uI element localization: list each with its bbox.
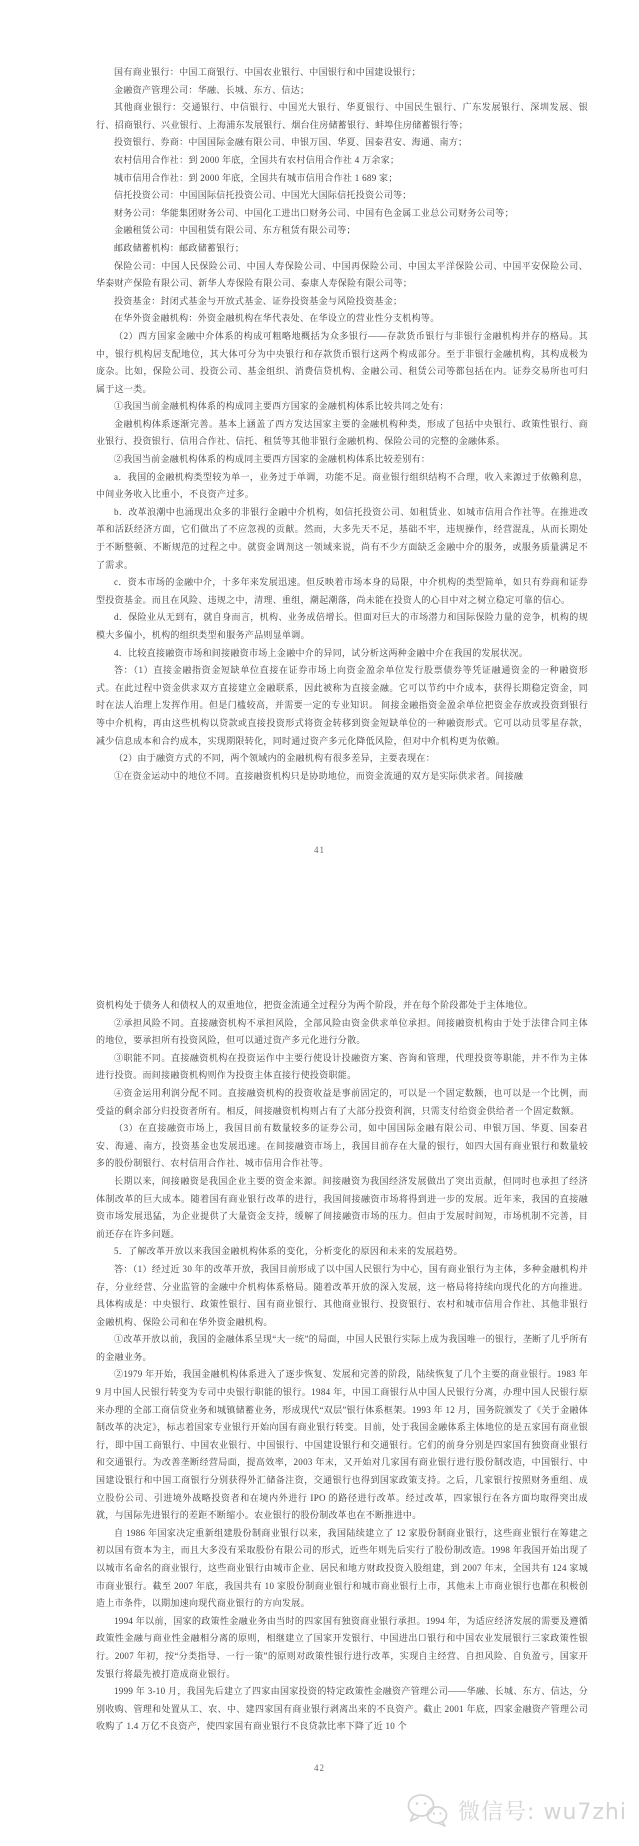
paragraph: 邮政储蓄机构：邮政储蓄银行； xyxy=(96,240,588,258)
paragraph: 答：（1）经过近 30 年的改革开放，我国目前形成了以中国人民银行为中心，国有商… xyxy=(96,1261,588,1331)
paragraph: 5．了解改革开放以来我国金融机构体系的变化，分析变化的原因和未来的发展趋势。 xyxy=(96,1243,588,1261)
paragraph: 财务公司：华能集团财务公司、中国化工进出口财务公司、中国有色金属工业总公司财务公… xyxy=(96,205,588,223)
paragraph: （2）西方国家金融中介体系的构成可粗略地概括为众多银行——存款货币银行与非银行金… xyxy=(96,328,588,398)
paragraph: 金融租赁公司：中国租赁有限公司、东方租赁有限公司等； xyxy=(96,222,588,240)
paragraph: 1994 年以前，国家的政策性金融业务由当时的四家国有独资商业银行承担。1994… xyxy=(96,1613,588,1683)
paragraph: 保险公司：中国人民保险公司、中国人寿保险公司、中国再保险公司、中国太平洋保险公司… xyxy=(96,258,588,293)
paragraph: 投资基金：封闭式基金与开放式基金、证券投资基金与风险投资基金； xyxy=(96,293,588,311)
paragraph: ①我国当前金融机构体系的构成同主要西方国家的金融机构体系比较共同之处有： xyxy=(96,398,588,416)
paragraph: 资机构处于债务人和债权人的双重地位，把资金流通全过程分为两个阶段，并在每个阶段都… xyxy=(96,997,588,1015)
paragraph: a．我国的金融机构类型较为单一，业务过于单调，功能不足。商业银行组织结构不合理，… xyxy=(96,469,588,504)
wechat-watermark: 微信号: wu7zhi xyxy=(405,1792,627,1828)
paragraph: ③职能不同。直接融资机构在投资运作中主要行使设计投融资方案、咨询和管理，代理投资… xyxy=(96,1050,588,1085)
paragraph: 城市信用合作社：到 2000 年底，全国共有城市信用合作社 1 689 家； xyxy=(96,170,588,188)
paragraph: 信托投资公司：中国国际信托投资公司、中国光大国际信托投资公司等； xyxy=(96,187,588,205)
paragraph: （2）由于融资方式的不同，两个领域内的金融机构有很多差异，主要表现在： xyxy=(96,750,588,768)
paragraph: 自 1986 年国家决定重新组建股份制商业银行以来，我国陆续建立了 12 家股份… xyxy=(96,1525,588,1613)
paragraph: c．资本市场的金融中介，十多年来发展迅速。但反映着市场本身的局限，中介机构的类型… xyxy=(96,574,588,609)
paragraph: ②1979 年开始，我国金融机构体系进入了逐步恢复、发展和完善的阶段，陆续恢复了… xyxy=(96,1366,588,1524)
paragraph: ①在资金运动中的地位不同。直接融资机构只是协助地位，而资金流通的双方是实际供求者… xyxy=(96,768,588,786)
paragraph: ①改革开放以前，我国的金融体系呈现“大一统”的局面，中国人民银行实际上成为我国唯… xyxy=(96,1331,588,1366)
wechat-icon xyxy=(405,1792,449,1828)
paragraph: 答：（1）直接金融指资金短缺单位直接在证券市场上向资金盈余单位发行股票债券等凭证… xyxy=(96,662,588,750)
paragraph: 金融机构体系逐渐完善。基本上涵盖了西方发达国家主要的金融机构种类，形成了包括中央… xyxy=(96,416,588,451)
page-number-41: 41 xyxy=(0,845,639,855)
wechat-id-label: 微信号: wu7zhi xyxy=(458,1795,627,1826)
document-scan: 国有商业银行：中国工商银行、中国农业银行、中国银行和中国建设银行；金融资产管理公… xyxy=(0,0,639,1846)
paragraph: 在华外资金融机构：外资金融机构在华代表处、在华设立的营业性分支机构等。 xyxy=(96,310,588,328)
paragraph: 1999 年 3-10 月，我国先后建立了四家由国家投资的特定政策性金融资产管理… xyxy=(96,1683,588,1736)
paragraph: 金融资产管理公司：华融、长城、东方、信达； xyxy=(96,82,588,100)
paragraph: 农村信用合作社：到 2000 年底，全国共有农村信用合作社 4 万余家； xyxy=(96,152,588,170)
page-number-42: 42 xyxy=(0,1763,639,1773)
paragraph: ②承担风险不同。直接融资机构不承担风险，全部风险由资金供求单位承担。间接融资机构… xyxy=(96,1015,588,1050)
paragraph: 国有商业银行：中国工商银行、中国农业银行、中国银行和中国建设银行； xyxy=(96,64,588,82)
paragraph: 投资银行、券商：中国国际金融有限公司、申银万国、华夏、国泰君安、海通、南方； xyxy=(96,134,588,152)
paragraph: ④资金运用利润分配不同。直接融资机构的投资收益是事前固定的，可以是一个固定数额，… xyxy=(96,1085,588,1120)
paragraph: 其他商业银行：交通银行、中信银行、中国光大银行、华夏银行、中国民生银行、广东发展… xyxy=(96,99,588,134)
paragraph: ②我国当前金融机构体系的构成同主要西方国家的金融机构体系比较差别有： xyxy=(96,451,588,469)
paragraph: （3）在直接融资市场上，我国目前有数量较多的证券公司，如中国国际金融有限公司、申… xyxy=(96,1120,588,1173)
page-41-text-block: 国有商业银行：中国工商银行、中国农业银行、中国银行和中国建设银行；金融资产管理公… xyxy=(96,64,588,846)
paragraph: 长期以来，间接融资是我国企业主要的资金来源。间接融资为我国经济发展做出了突出贡献… xyxy=(96,1173,588,1243)
page-42-text-block: 资机构处于债务人和债权人的双重地位，把资金流通全过程分为两个阶段，并在每个阶段都… xyxy=(96,997,588,1765)
paragraph: 4．比较直接融资市场和间接融资市场上金融中介的异同，试分析这两种金融中介在我国的… xyxy=(96,645,588,663)
paragraph: b．改革浪潮中也涌现出众多的非银行金融中介机构，如信托投资公司、如租赁业、如城市… xyxy=(96,504,588,574)
paragraph: d．保险业从无到有，就自身而言，机构、业务成倍增长。但面对巨大的市场潜力和国际保… xyxy=(96,609,588,644)
